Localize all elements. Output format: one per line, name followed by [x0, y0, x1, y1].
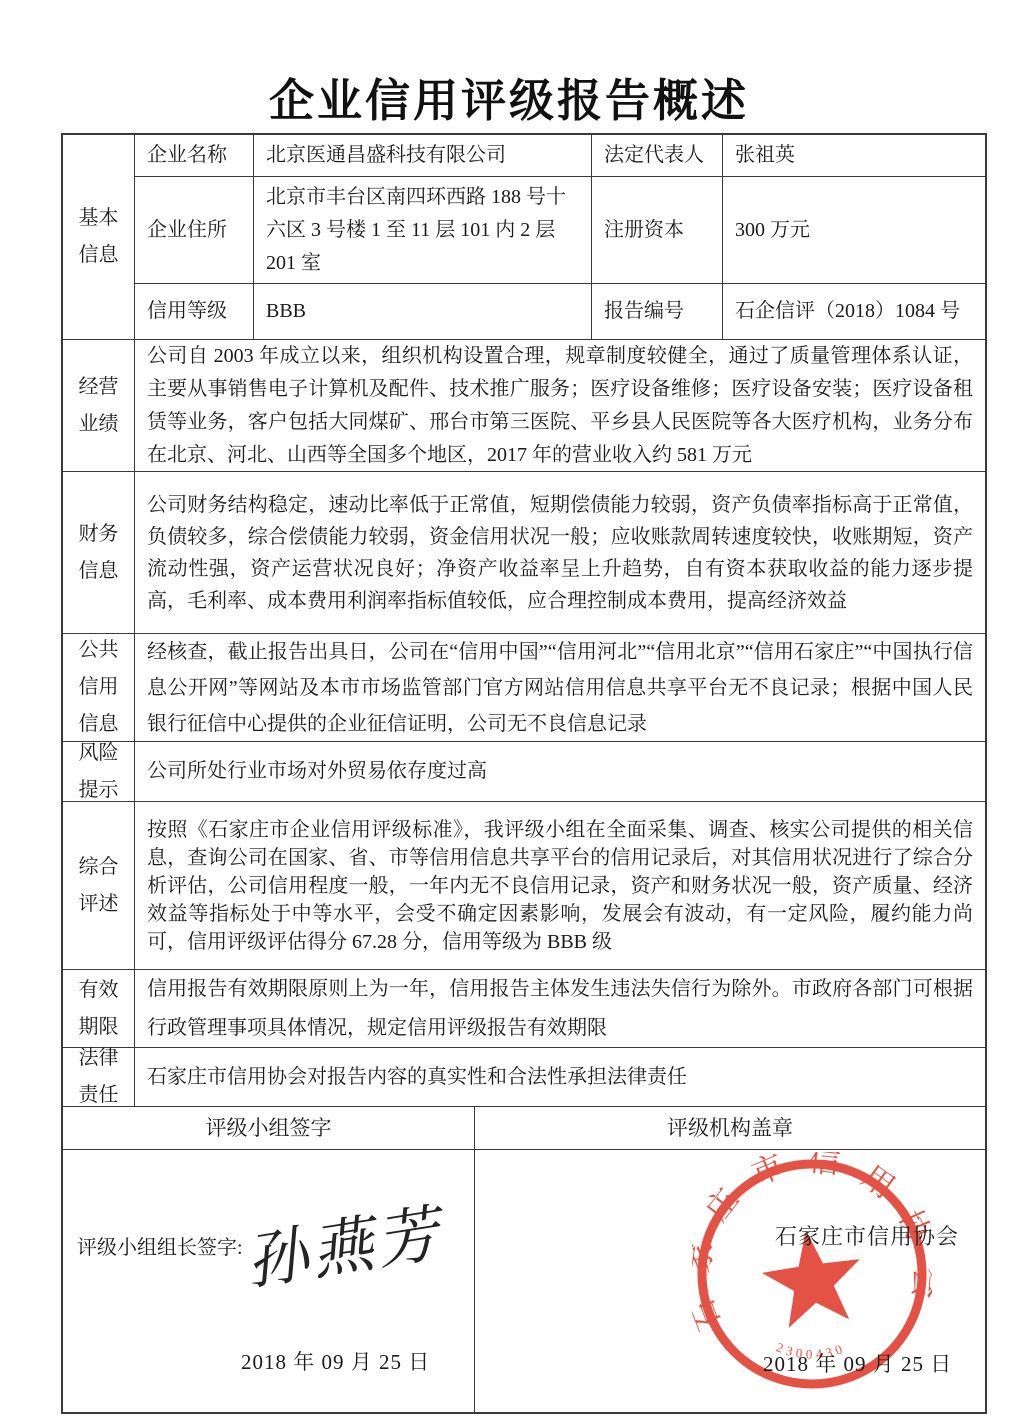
field-label-report-number: 报告编号 [592, 284, 723, 340]
section-label-validity-period: 有效期限 [63, 970, 135, 1048]
section-text-public-credit-info: 经核查，截止报告出具日，公司在“信用中国”“信用河北”“信用北京”“信用石家庄”… [135, 634, 985, 742]
value-registered-capital: 300 万元 [723, 177, 985, 284]
header-rating-agency-seal: 评级机构盖章 [475, 1107, 985, 1150]
basic-info-grid: 基本信息 企业名称 北京医通昌盛科技有限公司 法定代表人 张祖英 企业住所 北京… [63, 135, 985, 340]
section-text-content: 石家庄市信用协会对报告内容的真实性和合法性承担法律责任 [147, 1061, 687, 1094]
section-label-financial-info: 财务信息 [63, 472, 135, 634]
rating-team-signature-cell: 评级小组组长签字: 孙燕芳 2018 年 09 月 25 日 [63, 1150, 475, 1412]
section-label-overall-assessment: 综合评述 [63, 802, 135, 970]
value-credit-grade: BBB [254, 284, 592, 340]
section-text-content: 公司财务结构稳定，速动比率低于正常值，短期偿债能力较弱，资产负债率指标高于正常值… [147, 489, 973, 617]
value-legal-rep: 张祖英 [723, 135, 985, 177]
section-text-overall-assessment: 按照《石家庄市企业信用评级标准》，我评级小组在全面采集、调查、核实公司提供的相关… [135, 802, 985, 970]
section-text-content: 经核查，截止报告出具日，公司在“信用中国”“信用河北”“信用北京”“信用石家庄”… [147, 634, 973, 742]
section-text-risk-warning: 公司所处行业市场对外贸易依存度过高 [135, 742, 985, 802]
section-label-legal-liability: 法律责任 [63, 1048, 135, 1107]
field-label-legal-rep: 法定代表人 [592, 135, 723, 177]
credit-report-table: 基本信息 企业名称 北京医通昌盛科技有限公司 法定代表人 张祖英 企业住所 北京… [61, 133, 987, 1414]
section-label-basic-info: 基本信息 [63, 135, 135, 340]
rating-agency-name: 石家庄市信用协会 [775, 1220, 959, 1253]
page-title: 企业信用评级报告概述 [0, 64, 1018, 129]
header-rating-team-signature: 评级小组签字 [63, 1107, 475, 1150]
section-text-content: 公司自 2003 年成立以来，组织机构设置合理，规章制度较健全，通过了质量管理体… [147, 340, 973, 472]
field-label-credit-grade: 信用等级 [135, 284, 254, 340]
section-text-content: 公司所处行业市场对外贸易依存度过高 [147, 755, 487, 788]
field-label-company-name: 企业名称 [135, 135, 254, 177]
signature-grid: 评级小组签字 评级机构盖章 评级小组组长签字: 孙燕芳 2018 年 09 月 … [63, 1107, 985, 1412]
section-label-risk-warning: 风险提示 [63, 742, 135, 802]
value-report-number: 石企信评（2018）1084 号 [723, 284, 985, 340]
left-date: 2018 年 09 月 25 日 [241, 1346, 430, 1379]
field-label-company-address: 企业住所 [135, 177, 254, 284]
section-text-content: 信用报告有效期限原则上为一年，信用报告主体发生违法失信行为除外。市政府各部门可根… [147, 970, 973, 1048]
section-text-validity-period: 信用报告有效期限原则上为一年，信用报告主体发生违法失信行为除外。市政府各部门可根… [135, 970, 985, 1048]
section-text-financial-info: 公司财务结构稳定，速动比率低于正常值，短期偿债能力较弱，资产负债率指标高于正常值… [135, 472, 985, 634]
section-label-business-performance: 经营业绩 [63, 340, 135, 472]
document-page: 企业信用评级报告概述 基本信息 企业名称 北京医通昌盛科技有限公司 法定代表人 … [0, 0, 1018, 1423]
section-label-public-credit-info: 公共信用信息 [63, 634, 135, 742]
signature-name-text: 孙燕芳 [241, 1199, 452, 1298]
rating-agency-seal-cell: 石家庄市信用协会 2300430 石家庄市信用协会 2018 年 09 月 25… [475, 1150, 985, 1412]
sections-grid: 经营业绩 公司自 2003 年成立以来，组织机构设置合理，规章制度较健全，通过了… [63, 340, 985, 1107]
section-text-content: 按照《石家庄市企业信用评级标准》，我评级小组在全面采集、调查、核实公司提供的相关… [147, 816, 973, 956]
team-leader-signature-label: 评级小组组长签字: [77, 1232, 243, 1265]
handwritten-signature: 孙燕芳 [228, 1176, 474, 1318]
section-text-legal-liability: 石家庄市信用协会对报告内容的真实性和合法性承担法律责任 [135, 1048, 985, 1107]
section-text-business-performance: 公司自 2003 年成立以来，组织机构设置合理，规章制度较健全，通过了质量管理体… [135, 340, 985, 472]
value-company-address: 北京市丰台区南四环西路 188 号十六区 3 号楼 1 至 11 层 101 内… [254, 177, 592, 284]
field-label-registered-capital: 注册资本 [592, 177, 723, 284]
right-date: 2018 年 09 月 25 日 [763, 1348, 952, 1381]
value-company-name: 北京医通昌盛科技有限公司 [254, 135, 592, 177]
